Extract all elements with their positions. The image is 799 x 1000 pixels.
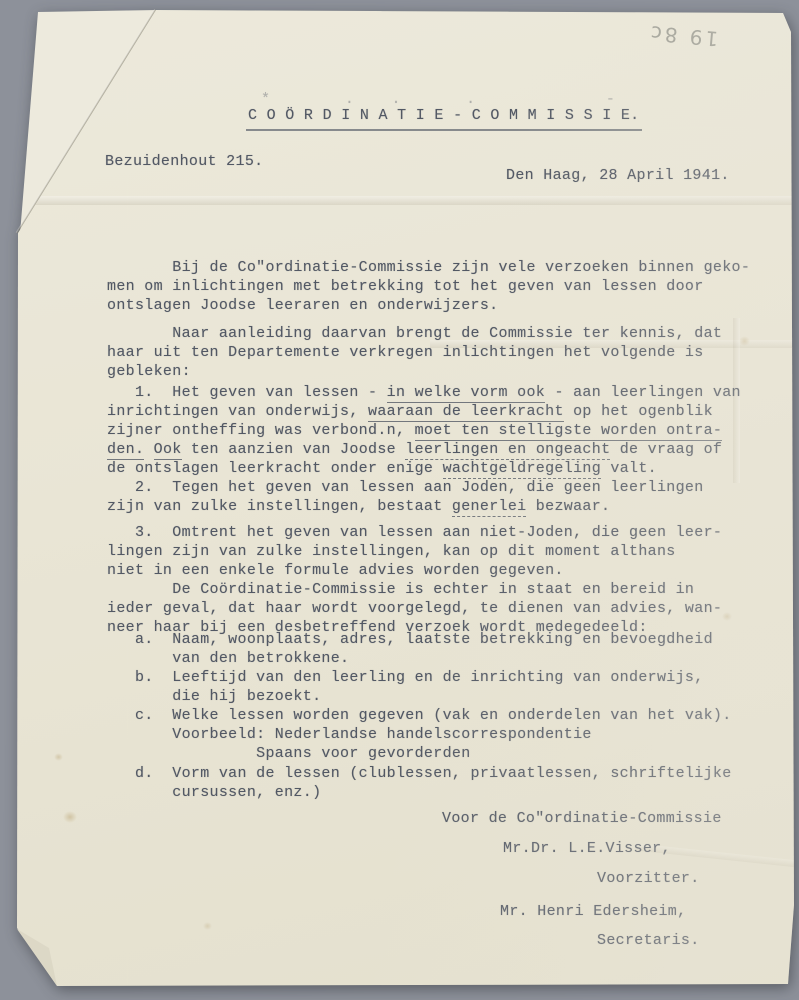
text-line: ontslagen Joodse leeraren en onderwijzer… <box>107 296 750 315</box>
text-line: Mr. Henri Edersheim, <box>500 902 686 921</box>
fold-crease <box>0 196 799 205</box>
text-line: lingen zijn van zulke instellingen, kan … <box>107 542 722 561</box>
voorbeeld: Voorbeeld: Nederlandse handelscorrespond… <box>107 725 592 763</box>
foxing-stain <box>63 811 77 823</box>
text-line: men om inlichtingen met betrekking tot h… <box>107 277 750 296</box>
text-line: Voorbeeld: Nederlandse handelscorrespond… <box>107 725 592 744</box>
date-line: Den Haag, 28 April 1941. <box>506 166 730 185</box>
para-intro: Bij de Co"ordinatie-Commissie zijn vele … <box>107 258 750 315</box>
foxing-stain <box>722 612 732 621</box>
item-2: 2. Tegen het geven van lessen aan Joden,… <box>107 478 704 516</box>
text-line: cursussen, enz.) <box>107 783 732 802</box>
text-line: ieder geval, dat haar wordt voorgelegd, … <box>107 599 722 618</box>
sig-secretaris: Secretaris. <box>597 931 700 950</box>
address-line: Bezuidenhout 215. <box>105 152 263 171</box>
text-line: c. Welke lessen worden gegeven (vak en o… <box>107 706 732 725</box>
text-line: 1. Het geven van lessen - in welke vorm … <box>107 383 741 402</box>
text-line: Naar aanleiding daarvan brengt de Commis… <box>107 324 722 343</box>
text-line: Secretaris. <box>597 931 700 950</box>
text-line: gebleken: <box>107 362 722 381</box>
text-line: haar uit ten Departemente verkregen inli… <box>107 343 722 362</box>
pencil-archive-note: 19 8c <box>632 20 734 53</box>
text-line: Voor de Co"ordinatie-Commissie <box>442 809 722 828</box>
title-underline <box>246 129 642 131</box>
item-1: 1. Het geven van lessen - in welke vorm … <box>107 383 741 478</box>
text-line: a. Naam, woonplaats, adres, laatste betr… <box>107 630 732 649</box>
text-line: zijner ontheffing was verbond.n, moet te… <box>107 421 741 440</box>
text-line: de ontslagen leerkracht onder enige wach… <box>107 459 741 478</box>
item-3: 3. Omtrent het geven van lessen aan niet… <box>107 523 722 637</box>
text-line: Voorzitter. <box>597 869 700 888</box>
text-line: die hij bezoekt. <box>107 687 732 706</box>
text-line: 2. Tegen het geven van lessen aan Joden,… <box>107 478 704 497</box>
letter-title: C O Ö R D I N A T I E - C O M M I S S I … <box>248 106 640 125</box>
text-line: van den betrokkene. <box>107 649 732 668</box>
foxing-stain <box>739 336 750 346</box>
sig-edersheim: Mr. Henri Edersheim, <box>500 902 686 921</box>
text-line: inrichtingen van onderwijs, waaraan de l… <box>107 402 741 421</box>
sig-voor-de: Voor de Co"ordinatie-Commissie <box>442 809 722 828</box>
text-line: Bij de Co"ordinatie-Commissie zijn vele … <box>107 258 750 277</box>
text-line: den. Ook ten aanzien van Joodse leerling… <box>107 440 741 459</box>
paper-stack: * . . . - C O Ö R D I N A T I E - C O M … <box>0 0 799 1000</box>
foxing-stain <box>54 753 63 761</box>
text-line: 3. Omtrent het geven van lessen aan niet… <box>107 523 722 542</box>
sig-voorzitter: Voorzitter. <box>597 869 700 888</box>
text-line: niet in een enkele formule advies worden… <box>107 561 722 580</box>
para-aanleiding: Naar aanleiding daarvan brengt de Commis… <box>107 324 722 381</box>
letter-sheet: * . . . - C O Ö R D I N A T I E - C O M … <box>0 0 799 1000</box>
items-abc: a. Naam, woonplaats, adres, laatste betr… <box>107 630 732 725</box>
foxing-stain <box>203 922 212 930</box>
text-line: zijn van zulke instellingen, bestaat gen… <box>107 497 704 516</box>
text-line: Spaans voor gevorderden <box>107 744 592 763</box>
text-line: Mr.Dr. L.E.Visser, <box>503 839 671 858</box>
sig-visser: Mr.Dr. L.E.Visser, <box>503 839 671 858</box>
text-line: b. Leeftijd van den leerling en de inric… <box>107 668 732 687</box>
text-line: De Coördinatie-Commissie is echter in st… <box>107 580 722 599</box>
scan-background: { "page": { "colors": { "background": "#… <box>0 0 799 1000</box>
item-d: d. Vorm van de lessen (clublessen, priva… <box>107 764 732 802</box>
text-line: d. Vorm van de lessen (clublessen, priva… <box>107 764 732 783</box>
